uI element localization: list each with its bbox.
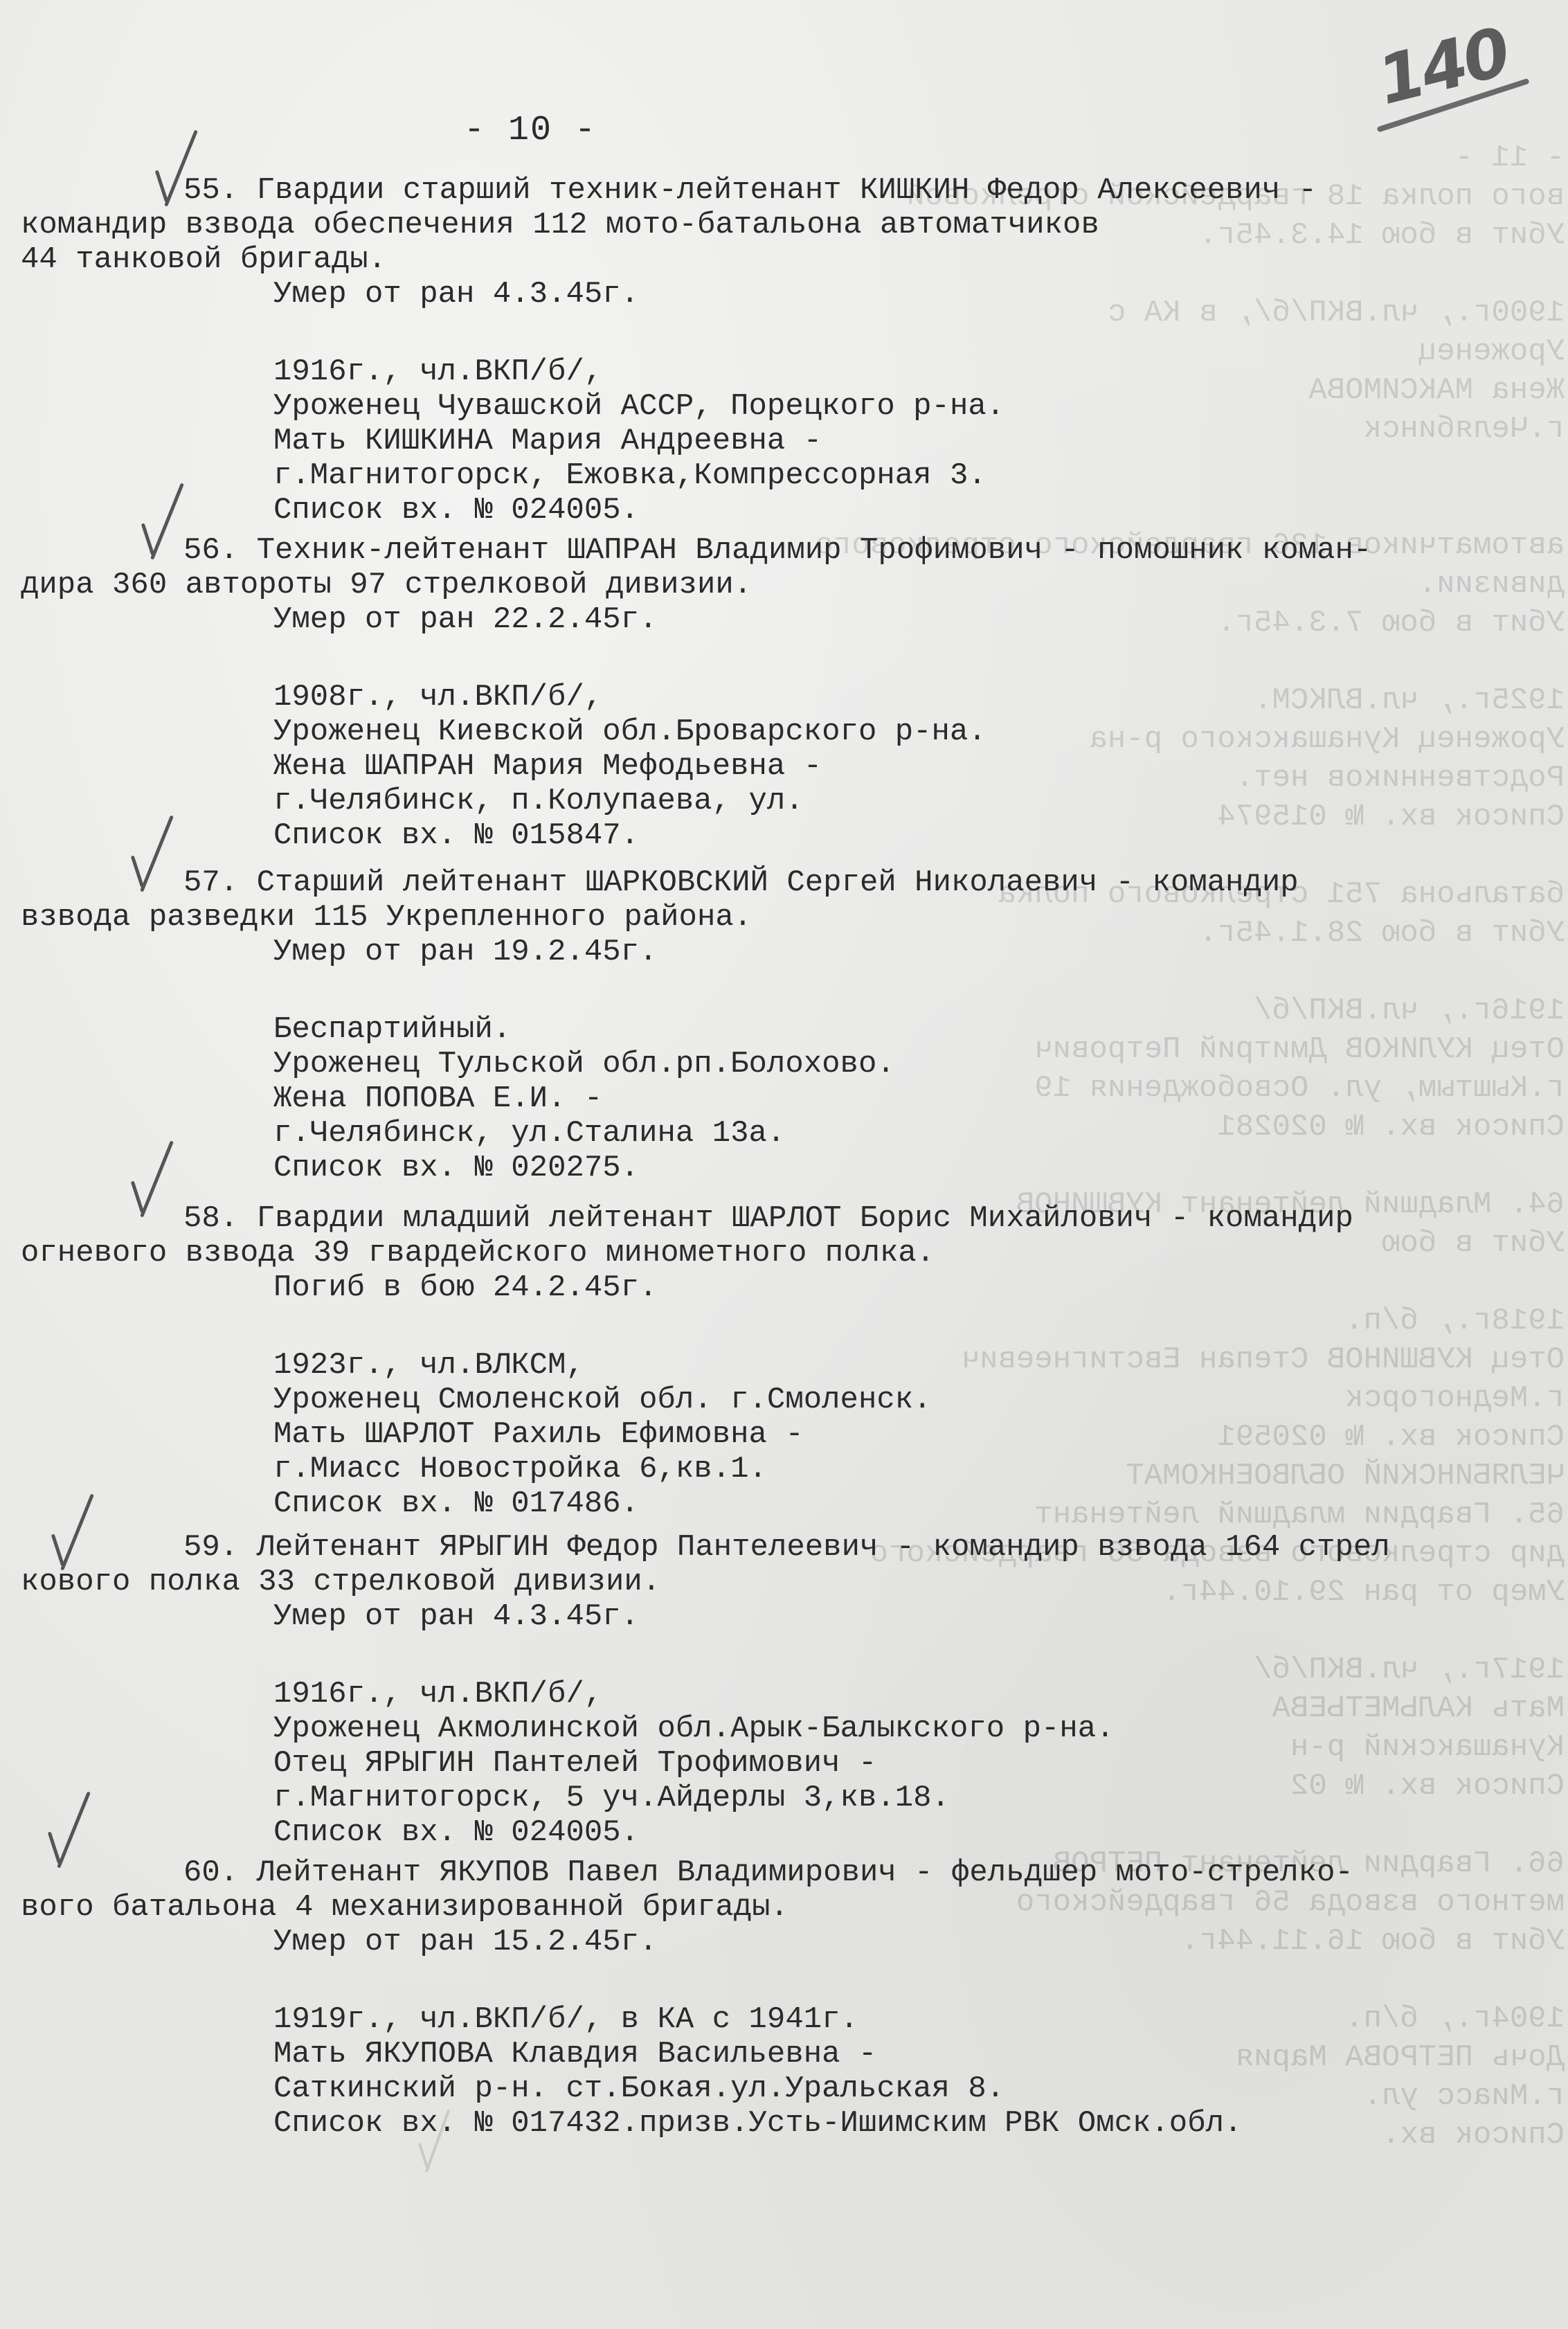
checkmark-icon [42,1793,83,1869]
entry-detail-line: Уроженец Акмолинской обл.Арык-Балыкского… [0,1711,1568,1746]
entry-detail-line: Беспартийный. [0,1012,1568,1047]
entry-fate: Умер от ран 4.3.45г. [0,277,1568,312]
entry-unit-line: вого батальона 4 механизированной бригад… [21,1890,788,1925]
entry-unit-line: 44 танковой бригады. [21,242,386,277]
entry-detail-line: г.Челябинск, ул.Сталина 13а. [0,1116,1568,1151]
entry-rank-name: Лейтенант ЯКУПОВ Павел Владимирович - фе… [257,1855,1353,1890]
checkmark-icon [45,1495,87,1572]
spacer [0,1959,1568,2002]
casualty-entry: 55. Гвардии старший техник-лейтенант КИШ… [0,173,1568,528]
checkmark-icon [149,132,190,208]
entry-detail-line: 1919г., чл.ВКП/б/, в КА с 1941г. [0,2002,1568,2037]
entry-unit-line: дира 360 автороты 97 стрелковой дивизии. [21,568,752,602]
entry-detail-line: Уроженец Тульской обл.рп.Болохово. [0,1047,1568,1081]
casualty-entry: 56. Техник-лейтенант ШАПРАН Владимир Тро… [0,533,1568,853]
faint-checkmark-icon [415,2112,443,2174]
casualty-entry: 59. Лейтенант ЯРЫГИН Федор Пантелеевич -… [0,1530,1568,1850]
casualty-entry: 57. Старший лейтенант ШАРКОВСКИЙ Сергей … [0,865,1568,1185]
entry-unit-line: огневого взвода 39 гвардейского минометн… [21,1236,935,1270]
entry-detail-line: Отец ЯРЫГИН Пантелей Трофимович - [0,1746,1568,1781]
checkmark-icon [135,485,177,561]
entry-detail-line: г.Челябинск, п.Колупаева, ул. [0,784,1568,818]
entry-fate: Погиб в бою 24.2.45г. [0,1270,1568,1305]
entry-fate: Умер от ран 4.3.45г. [0,1599,1568,1634]
spacer [0,1634,1568,1677]
entry-detail-line: Список вх. № 024005. [0,493,1568,528]
spacer [0,312,1568,354]
entry-detail-line: Жена ПОПОВА Е.И. - [0,1081,1568,1116]
entry-unit-line: кового полка 33 стрелковой дивизии. [21,1565,660,1599]
entry-detail-line: Мать ЯКУПОВА Клавдия Васильевна - [0,2037,1568,2071]
entry-detail-line: 1916г., чл.ВКП/б/, [0,1677,1568,1711]
entry-detail-line: Список вх. № 015847. [0,818,1568,853]
casualty-entry: 58. Гвардии младший лейтенант ШАРЛОТ Бор… [0,1201,1568,1521]
page-number: - 10 - [464,111,597,150]
spacer [0,1305,1568,1348]
spacer [0,637,1568,680]
entry-number: 59. [183,1530,238,1565]
spacer [0,969,1568,1012]
entry-detail-line: Уроженец Киевской обл.Броварского р-на. [0,714,1568,749]
entry-rank-name: Техник-лейтенант ШАПРАН Владимир Трофимо… [257,533,1372,568]
entry-detail-line: г.Магнитогорск, 5 уч.Айдерлы 3,кв.18. [0,1781,1568,1815]
entry-unit-line: взвода разведки 115 Укрепленного района. [21,900,752,935]
checkmark-icon [125,817,166,893]
entry-number: 57. [183,865,238,900]
entry-fate: Умер от ран 15.2.45г. [0,1925,1568,1959]
checkmark-icon [125,1142,166,1219]
entry-detail-line: 1908г., чл.ВКП/б/, [0,680,1568,714]
entry-detail-line: 1923г., чл.ВЛКСМ, [0,1348,1568,1383]
entry-detail-line: Жена ШАПРАН Мария Мефодьевна - [0,749,1568,784]
entry-detail-line: г.Миасс Новостройка 6,кв.1. [0,1452,1568,1486]
entry-detail-line: г.Магнитогорск, Ежовка,Компрессорная 3. [0,458,1568,493]
entry-detail-line: Уроженец Чувашской АССР, Порецкого р-на. [0,389,1568,424]
entry-rank-name: Старший лейтенант ШАРКОВСКИЙ Сергей Нико… [257,865,1299,900]
entry-detail-line: Список вх. № 017432.призв.Усть-Ишимским … [0,2106,1568,2141]
entry-detail-line: 1916г., чл.ВКП/б/, [0,354,1568,389]
entry-detail-line: Уроженец Смоленской обл. г.Смоленск. [0,1383,1568,1417]
entry-fate: Умер от ран 22.2.45г. [0,602,1568,637]
entry-rank-name: Гвардии младший лейтенант ШАРЛОТ Борис М… [257,1201,1353,1236]
entry-number: 56. [183,533,238,568]
entry-detail-line: Саткинский р-н. ст.Бокая.ул.Уральская 8. [0,2071,1568,2106]
entry-rank-name: Гвардии старший техник-лейтенант КИШКИН … [257,173,1317,208]
entry-rank-name: Лейтенант ЯРЫГИН Федор Пантелеевич - ком… [257,1530,1390,1565]
entry-detail-line: Список вх. № 024005. [0,1815,1568,1850]
entry-number: 60. [183,1855,238,1890]
entry-detail-line: Список вх. № 017486. [0,1486,1568,1521]
entry-number: 58. [183,1201,238,1236]
entry-number: 55. [183,173,238,208]
entry-detail-line: Мать ШАРЛОТ Рахиль Ефимовна - [0,1417,1568,1452]
entry-fate: Умер от ран 19.2.45г. [0,935,1568,969]
entry-unit-line: командир взвода обеспечения 112 мото-бат… [21,208,1099,242]
entry-detail-line: Мать КИШКИНА Мария Андреевна - [0,424,1568,458]
entry-detail-line: Список вх. № 020275. [0,1151,1568,1185]
casualty-entry: 60. Лейтенант ЯКУПОВ Павел Владимирович … [0,1855,1568,2141]
